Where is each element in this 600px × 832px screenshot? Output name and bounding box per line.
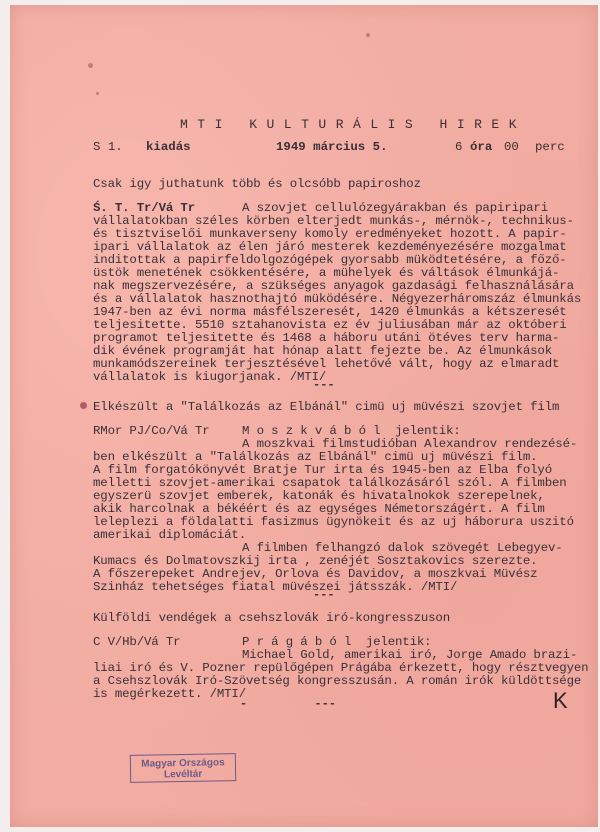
issue-hour: 6	[455, 140, 462, 154]
article-line: Szinház tehetséges fiatal müvészei játss…	[93, 581, 457, 594]
handwritten-k-mark: K	[553, 688, 568, 714]
article-separator: ---	[313, 588, 335, 602]
hour-label: óra	[470, 140, 492, 154]
article-line: vállalatok is kiugorjanak. /MTI/	[93, 371, 326, 384]
series-number: S 1.	[93, 140, 123, 154]
paper-speck	[366, 33, 370, 37]
paper-speck	[96, 92, 99, 95]
ink-spot	[80, 402, 87, 409]
article-headline: Csak igy juthatunk több és olcsóbb papir…	[93, 178, 421, 191]
article-separator: ---	[313, 378, 335, 392]
edition-label: kiadás	[146, 140, 191, 154]
archive-stamp: Magyar Országos Levéltár	[130, 753, 236, 783]
article-line: is megérkezett. /MTI/	[93, 688, 246, 701]
paper-speck	[88, 63, 93, 68]
stamp-line-2: Levéltár	[131, 768, 235, 781]
bulletin-title: MTI KULTURÁLIS HIREK	[180, 117, 526, 132]
article-line: amerikai diplomáciát.	[93, 529, 246, 542]
issue-minute: 00	[504, 140, 519, 154]
article-headline: Elkészült a "Találkozás az Elbánál" cimü…	[93, 401, 559, 414]
minute-label: perc	[535, 140, 565, 154]
article-code: RMor PJ/Co/Vá Tr	[93, 425, 210, 438]
article-separator: - ---	[240, 697, 336, 711]
article-headline: Külföldi vendégek a csehszlovák iró-kong…	[93, 612, 450, 625]
article-code: C V/Hb/Vá Tr	[93, 636, 180, 649]
issue-date: 1949 március 5.	[276, 140, 388, 154]
